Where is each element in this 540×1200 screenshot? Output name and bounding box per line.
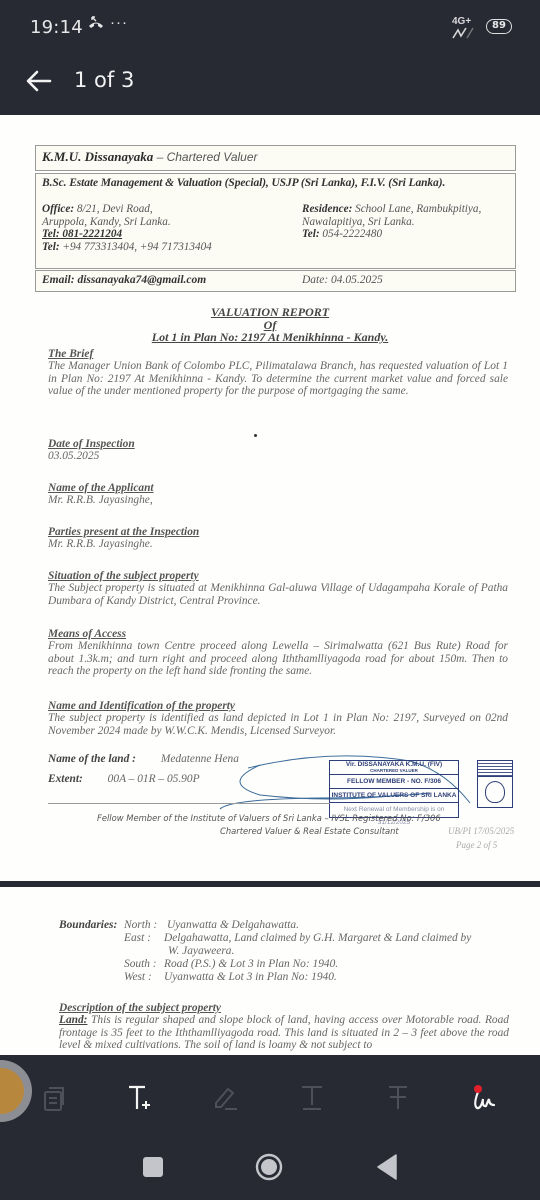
residence-line2: Nawalapitiya, Sri Lanka. <box>302 216 415 228</box>
valuer-name-box: K.M.U. Dissanayaka – Chartered Valuer <box>35 145 516 171</box>
back-button[interactable] <box>22 64 56 98</box>
boundary-west-value: Uyanwatta & Lot 3 in Plan No: 1940. <box>164 971 337 983</box>
section-body: The Subject property is situated at Meni… <box>48 582 508 607</box>
office-tel: Tel: 081-2221204 <box>42 228 122 240</box>
report-title: VALUATION REPORT Of Lot 1 in Plan No: 21… <box>0 306 540 344</box>
section-body: 03.05.2025 <box>48 450 508 462</box>
section-date-of-inspection: Date of Inspection 03.05.2025 <box>48 438 508 463</box>
office-line2: Aruppola, Kandy, Sri Lanka. <box>42 216 171 228</box>
missed-call-icon <box>88 16 104 33</box>
qualifications-box: B.Sc. Estate Management & Valuation (Spe… <box>35 173 516 269</box>
section-heading: Date of Inspection <box>48 438 508 450</box>
boundary-south: South : <box>124 958 157 970</box>
boundary-east-value: Delgahawatta, Land claimed by G.H. Marga… <box>164 932 471 944</box>
stamp-line-2: FELLOW MEMBER - NO. F/306 <box>330 775 458 789</box>
footer-page-number: Page 2 of 5 <box>456 840 497 850</box>
underline-text-icon[interactable] <box>294 1080 330 1116</box>
office-label: Office: <box>42 203 74 215</box>
home-button[interactable] <box>252 1150 286 1184</box>
valuer-stamp: Vir. DISSANAYAKA K.M.U. (FIV)CHARTERED V… <box>329 760 459 818</box>
title-line-3: Lot 1 in Plan No: 2197 At Menikhinna - K… <box>0 331 540 344</box>
boundary-dir: North : <box>124 919 157 931</box>
back-nav-button[interactable] <box>370 1150 404 1184</box>
valuer-title: – Chartered Valuer <box>153 150 257 164</box>
residence-tel: 054-2222480 <box>320 228 382 240</box>
arrow-left-icon <box>22 64 56 98</box>
boundaries-heading: Boundaries: <box>59 919 117 931</box>
signature-icon[interactable] <box>466 1080 502 1116</box>
system-navigation-bar <box>0 1135 540 1200</box>
footer-ref: UB/PI 17/05/2025 <box>448 826 514 836</box>
residence-line1: School Lane, Rambukpitiya, <box>352 203 481 215</box>
page-indicator: 1 of 3 <box>74 68 134 92</box>
email-date-box: Email: dissanayaka74@gmail.com Date: 04.… <box>35 270 516 292</box>
mobile-label: Tel: <box>42 241 60 253</box>
section-body: Mr. R.R.B. Jayasinghe, <box>48 494 508 506</box>
residence-address: Residence: School Lane, Rambukpitiya, Na… <box>302 203 481 241</box>
stamp-line-1-sub: CHARTERED VALUER <box>330 768 458 774</box>
boundary-west: West : <box>124 971 152 983</box>
boundary-east: East : <box>124 932 151 944</box>
boundary-north: North : <box>124 919 157 931</box>
strikethrough-icon[interactable] <box>380 1080 416 1116</box>
circle-icon <box>252 1150 286 1184</box>
status-bar: 19:14 ··· 4G+ 89 <box>0 0 540 56</box>
residence-tel-label: Tel: <box>302 228 320 240</box>
land-description: This is regular shaped and slope block o… <box>59 1014 509 1051</box>
qualifications: B.Sc. Estate Management & Valuation (Spe… <box>42 177 509 189</box>
section-heading: Description of the subject property <box>59 1002 509 1014</box>
boundary-south-value: Road (P.S.) & Lot 3 in Plan No: 1940. <box>164 958 338 970</box>
network-signal-icon: 4G+ <box>452 17 474 39</box>
more-notifications-icon: ··· <box>110 14 128 31</box>
recents-button[interactable] <box>136 1150 170 1184</box>
valuer-name: K.M.U. Dissanayaka <box>42 149 153 164</box>
residence-label: Residence: <box>302 203 352 215</box>
land-name-label: Name of the land : <box>48 753 136 765</box>
network-type: 4G+ <box>452 16 471 27</box>
section-heading: Parties present at the Inspection <box>48 526 508 538</box>
section-body: From Menikhinna town Centre proceed alon… <box>48 640 508 677</box>
section-heading: The Brief <box>48 348 508 360</box>
stamp-line-1: Vir. DISSANAYAKA K.M.U. (FIV) <box>346 761 442 768</box>
footer-line-1: Fellow Member of the Institute of Valuer… <box>97 813 441 823</box>
stamp-line-3: INSTITUTE OF VALUERS OF SRI LANKA <box>330 789 458 803</box>
office-line1: 8/21, Devi Road, <box>74 203 153 215</box>
annotation-toolbar <box>0 1055 540 1135</box>
title-line-1: VALUATION REPORT <box>0 306 540 319</box>
document-page: K.M.U. Dissanayaka – Chartered Valuer B.… <box>0 115 540 881</box>
section-heading: Name of the Applicant <box>48 482 508 494</box>
highlighter-icon[interactable] <box>208 1080 244 1116</box>
land-label: Land: <box>59 1014 87 1026</box>
section-parties-present: Parties present at the Inspection Mr. R.… <box>48 526 508 551</box>
section-heading: Name and Identification of the property <box>48 700 508 712</box>
pages-icon[interactable] <box>36 1080 72 1116</box>
square-icon <box>136 1150 170 1184</box>
triangle-back-icon <box>370 1150 404 1184</box>
status-time: 19:14 <box>30 17 83 38</box>
boundary-north-value: Uyanwatta & Delgahawatta. <box>167 919 299 931</box>
mobile-numbers: +94 773313404, +94 717313404 <box>60 241 212 253</box>
email: Email: dissanayaka74@gmail.com <box>42 274 206 286</box>
section-situation: Situation of the subject property The Su… <box>48 570 508 607</box>
footer-divider <box>48 803 330 804</box>
section-means-of-access: Means of Access From Menikhinna town Cen… <box>48 628 508 678</box>
extent-row: Extent: 00A – 01R – 05.90P <box>48 773 200 785</box>
section-body: The Manager Union Bank of Colombo PLC, P… <box>48 360 508 397</box>
section-heading: Means of Access <box>48 628 508 640</box>
boundaries-label: Boundaries: <box>59 919 117 931</box>
floating-action-button[interactable] <box>0 1060 32 1122</box>
section-body: The subject property is identified as la… <box>48 712 508 737</box>
institute-seal <box>477 760 513 808</box>
footer-line-2: Chartered Valuer & Real Estate Consultan… <box>220 826 399 836</box>
section-identification: Name and Identification of the property … <box>48 700 508 737</box>
office-address: Office: 8/21, Devi Road, Aruppola, Kandy… <box>42 203 212 253</box>
section-description: Description of the subject property Land… <box>59 1002 509 1052</box>
report-date: Date: 04.05.2025 <box>302 274 383 286</box>
section-heading: Situation of the subject property <box>48 570 508 582</box>
extent-label: Extent: <box>48 773 83 785</box>
document-viewport[interactable]: K.M.U. Dissanayaka – Chartered Valuer B.… <box>0 115 540 1055</box>
seal-text <box>478 761 512 777</box>
app-bar: 1 of 3 <box>0 56 540 106</box>
section-applicant: Name of the Applicant Mr. R.R.B. Jayasin… <box>48 482 508 507</box>
section-body: Mr. R.R.B. Jayasinghe. <box>48 538 508 550</box>
document-page: Boundaries: North : Uyanwatta & Delgahaw… <box>0 887 540 1055</box>
boundary-east-cont: W. Jayaweera. <box>168 945 234 957</box>
crest-icon <box>485 781 505 803</box>
scan-speck <box>254 434 257 437</box>
section-brief: The Brief The Manager Union Bank of Colo… <box>48 348 508 398</box>
add-text-icon[interactable] <box>122 1080 158 1116</box>
battery-icon: 89 <box>486 19 512 34</box>
